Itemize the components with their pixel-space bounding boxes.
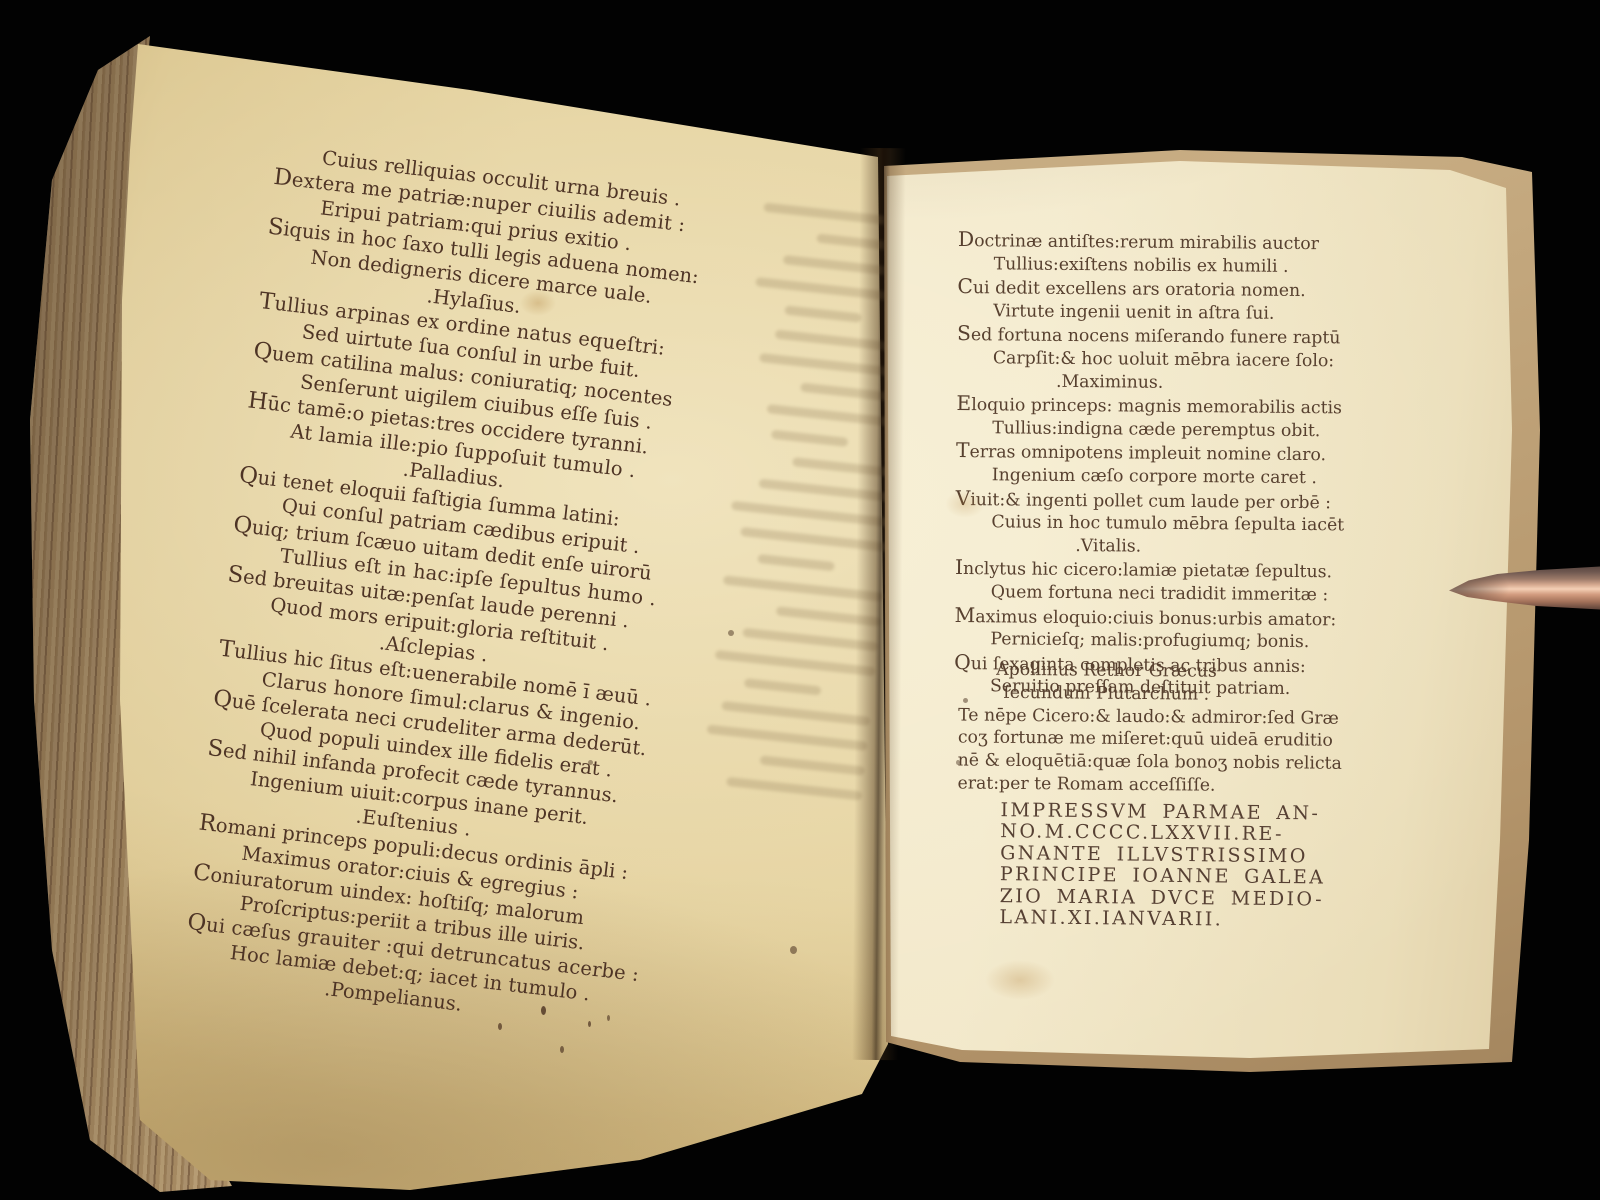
text-line: Eloquio princeps: magnis memorabilis act…	[956, 392, 1312, 420]
book-gutter-shadow	[852, 148, 906, 1060]
text-line: Tullius:exiſtens nobilis ex humili .	[994, 253, 1314, 278]
ink-speck	[541, 1006, 546, 1015]
text-line: Ingenium cæſo corpore morte caret .	[992, 464, 1312, 489]
text-line: Tullius:indigna cæde peremptus obit.	[992, 417, 1312, 442]
ink-speck	[956, 760, 960, 765]
text-line: Quem fortuna neci tradidit immeritæ :	[991, 581, 1311, 606]
text-line: .Vitalis.	[955, 534, 1261, 559]
ink-speck	[790, 946, 797, 954]
text-line: coʒ fortunæ me miſeret:quū uideā eruditi…	[958, 727, 1314, 753]
text-line: Terras omnipotens impleuit nomine claro.	[956, 439, 1312, 467]
text-line: LANI.XI.IANVARII.	[999, 907, 1359, 932]
text-line: .Maximinus.	[957, 370, 1263, 395]
text-line: Viuit:& ingenti pollet cum laude per orb…	[956, 487, 1312, 515]
ink-speck	[963, 698, 968, 703]
ink-speck	[560, 1046, 564, 1053]
right-page-epigrams-block: Doctrinæ antiſtes:rerum mirabilis auctor…	[954, 228, 1314, 701]
text-line: ſecundum Plutarchum .	[958, 681, 1254, 706]
text-line: Apollinus Rethor Græcus	[958, 658, 1254, 683]
text-line: Te nēpe Cicero:& laudo:& admiror:ſed Græ	[958, 704, 1314, 730]
right-page-apollinus-block: Apollinus Rethor Græcusſecundum Plutarch…	[957, 658, 1314, 798]
text-line: Cuius in hoc tumulo mēbra ſepulta iacēt	[991, 511, 1311, 536]
text-line: Carpſit:& hoc uoluit mēbra iacere ſolo:	[993, 347, 1313, 372]
ink-speck	[728, 630, 734, 636]
colophon-block: IMPRESSVM PARMAE AN-NO.M.CCCC.LXXVII.RE-…	[999, 800, 1360, 932]
text-line: erat:per te Romam acceſſiſſe.	[957, 772, 1313, 798]
text-line: Sed fortuna nocens miſerando funere rapt…	[957, 322, 1313, 350]
text-line: nē & eloquētiā:quæ ſola bonoʒ nobis reli…	[958, 750, 1314, 776]
ink-speck	[588, 1021, 591, 1027]
text-line: Virtute ingenii uenit in aſtra ſui.	[993, 300, 1313, 325]
ink-speck	[588, 760, 593, 765]
text-line: Cui dedit excellens ars oratoria nomen.	[957, 275, 1313, 303]
text-line: Doctrinæ antiſtes:rerum mirabilis auctor	[958, 228, 1314, 256]
ink-speck	[607, 1015, 610, 1021]
text-line: Inclytus hic cicero:lamiæ pietatæ ſepult…	[955, 556, 1311, 584]
ink-speck	[498, 1023, 502, 1030]
book-photograph: Cuius relliquias occulit urna breuis .De…	[0, 0, 1600, 1200]
text-line: Pernicieſq; malis:profugiumq; bonis.	[990, 628, 1310, 653]
text-line: Maximus eloquio:ciuis bonus:urbis amator…	[955, 603, 1311, 631]
